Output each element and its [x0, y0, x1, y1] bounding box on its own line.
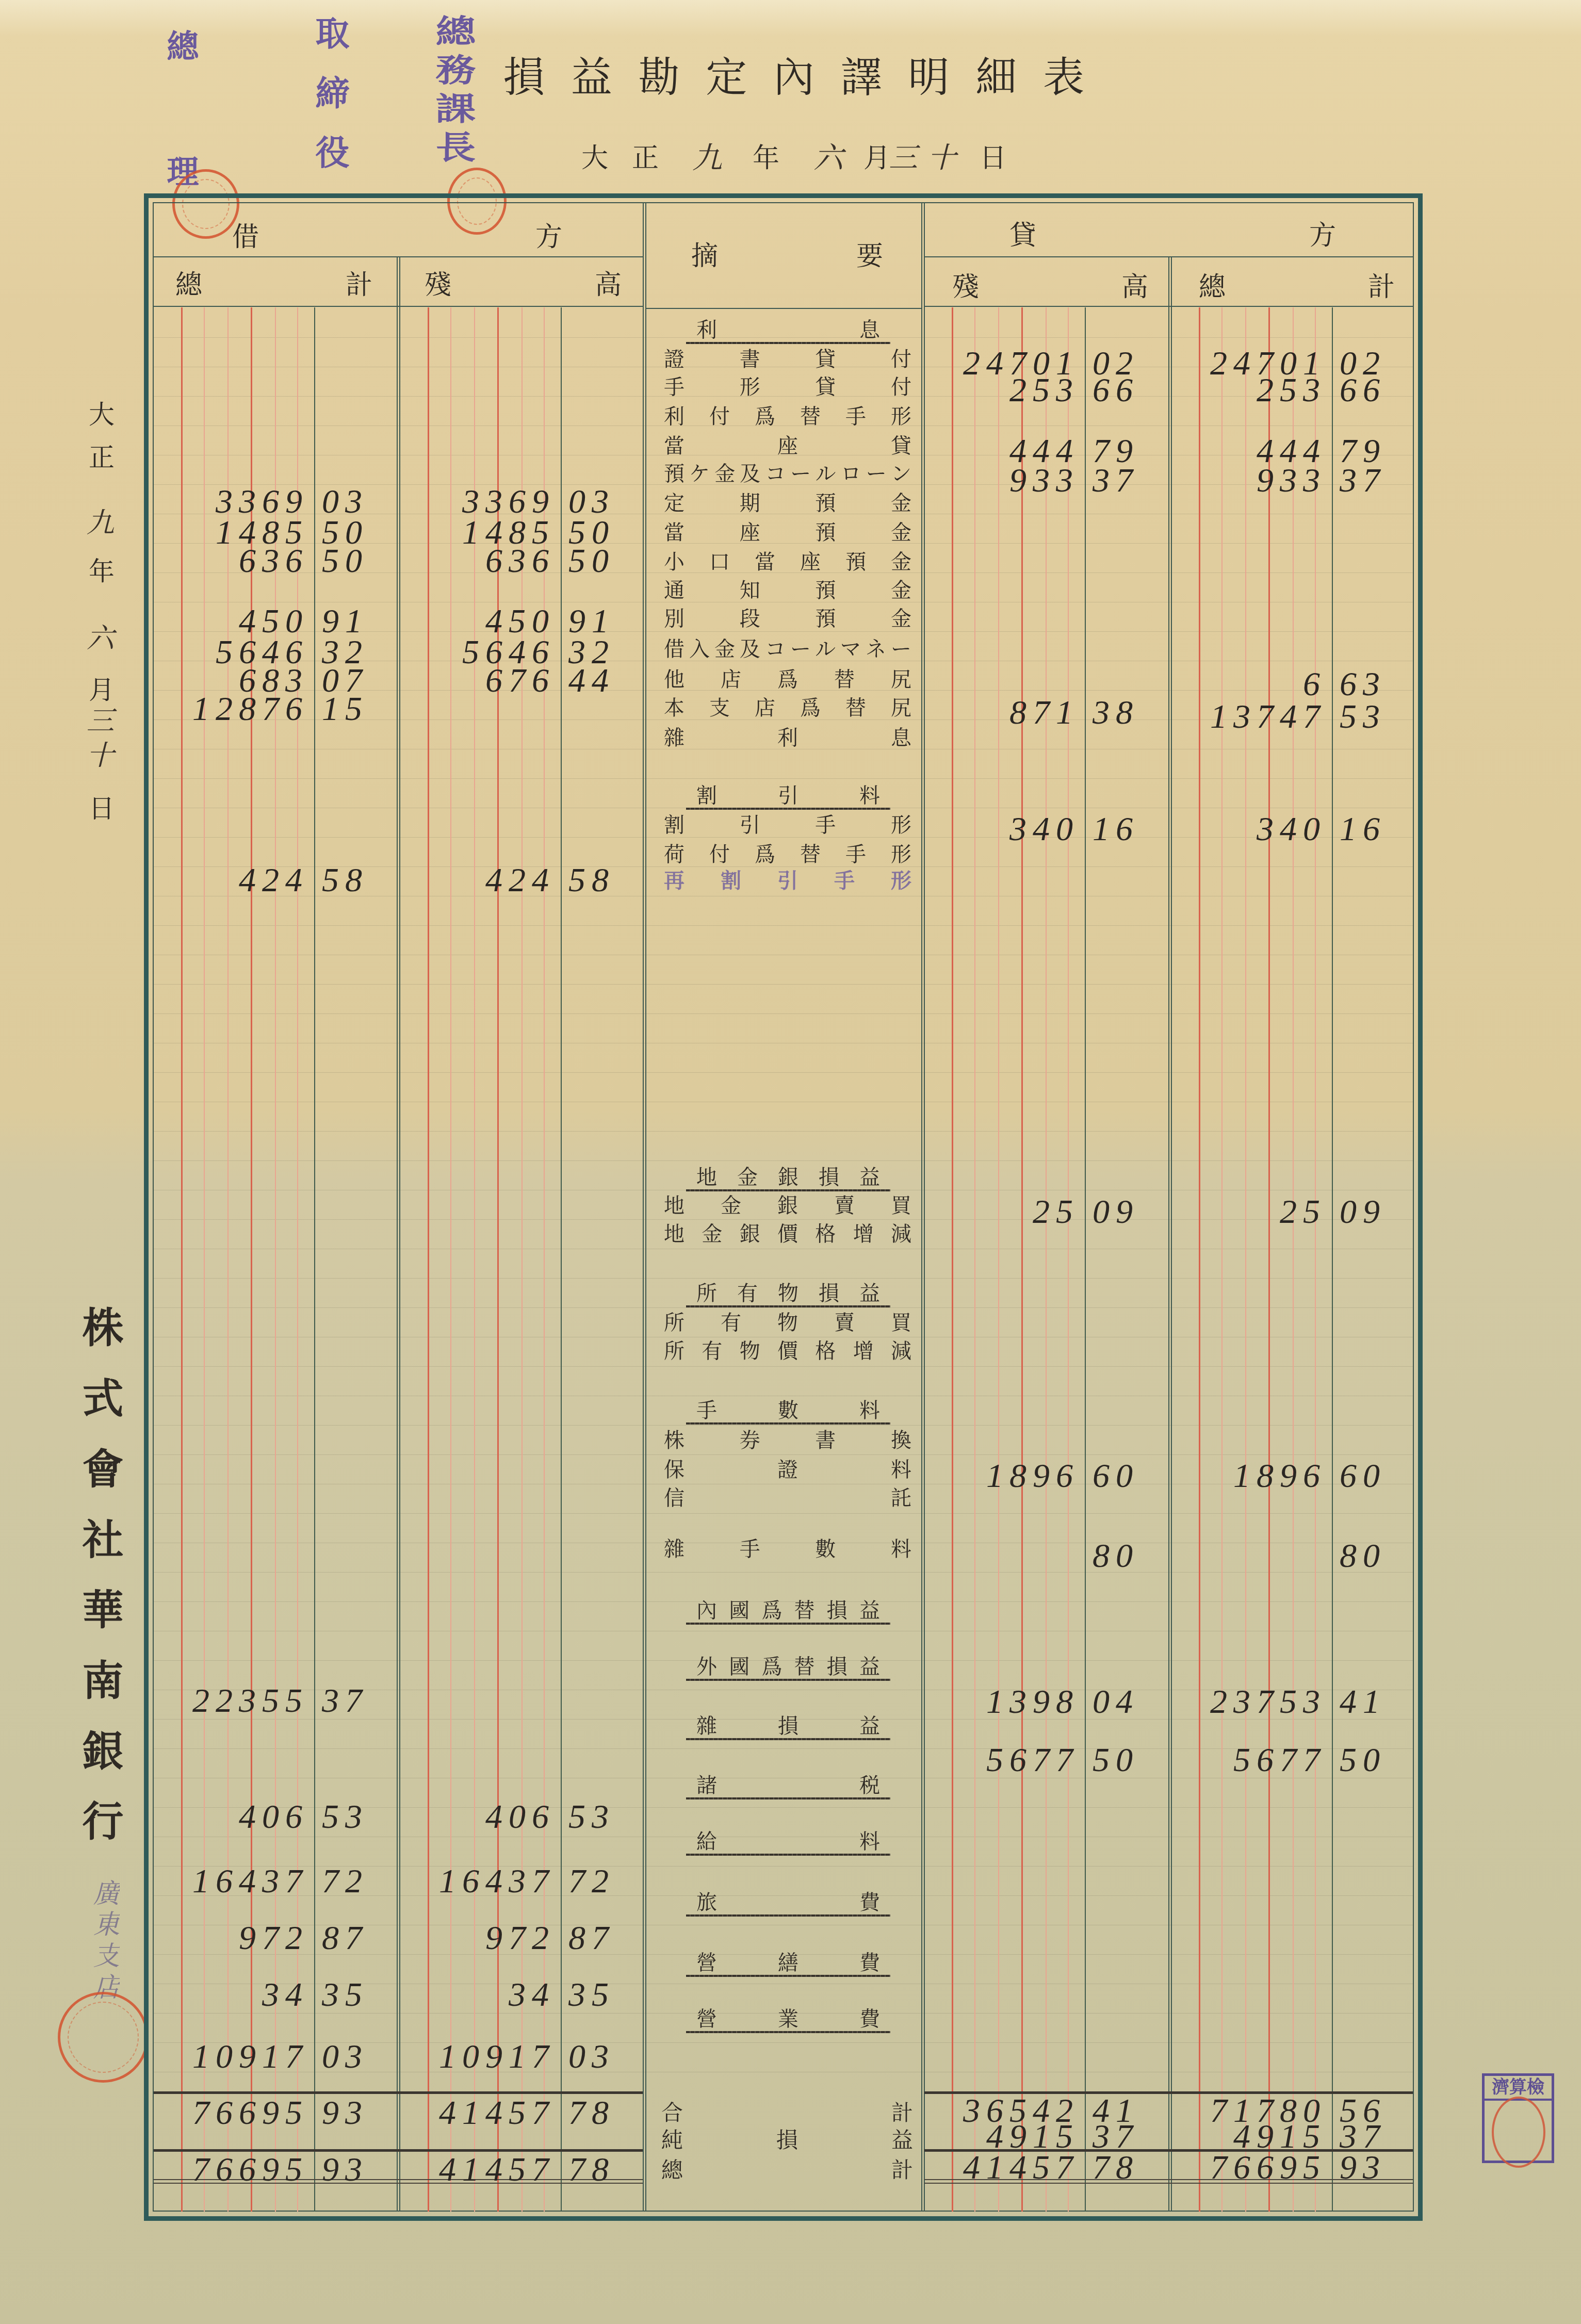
account-label: 證書貸付: [664, 347, 911, 372]
amount-sen: 35: [322, 1974, 368, 2016]
account-label: 信託: [664, 1486, 911, 1511]
account-label: 株券書換: [664, 1428, 911, 1453]
credit-balance-header: 殘高: [952, 273, 1148, 302]
amount-sen: 50: [322, 541, 368, 582]
amount-sen: 03: [568, 2036, 615, 2077]
column-divider: [643, 202, 644, 2212]
amount-sen: 37: [1340, 460, 1386, 501]
date-year-unit: 年: [753, 145, 779, 172]
column-divider: [397, 256, 398, 2212]
credit-total-amount: 80: [1171, 1535, 1414, 1577]
account-heading: 營繕費: [696, 1951, 880, 1975]
amount-yen: 16437: [400, 1861, 555, 1902]
amount-yen: 636: [400, 541, 555, 582]
debit-total-amount: 3435: [154, 1974, 396, 2016]
account-label: 荷付爲替手形: [664, 842, 911, 867]
credit-balance-amount: 80: [924, 1535, 1167, 1577]
header-divider: [154, 306, 643, 307]
amount-sen: 80: [1340, 1535, 1386, 1577]
summary-header: 摘要: [691, 242, 883, 271]
account-label: 通知預金: [664, 578, 911, 603]
debit-total-amount: 63650: [154, 541, 396, 582]
amount-sen: 60: [1093, 1455, 1139, 1497]
credit-total-amount: 1374753: [1171, 696, 1414, 738]
amount-yen: 5677: [1171, 1740, 1326, 1781]
credit-balance-amount: 34016: [924, 809, 1167, 850]
approval-director-stamp: 取締役: [320, 15, 354, 169]
side-date-era: 大正: [91, 401, 118, 469]
amount-sen: 16: [1340, 809, 1386, 850]
amount-sen: 80: [1093, 1535, 1139, 1577]
account-label: 割引手形: [664, 813, 911, 838]
credit-header: 貸方: [1009, 221, 1336, 250]
amount-yen: 34: [154, 1974, 308, 2016]
credit-total-header: 總計: [1199, 273, 1395, 302]
company-name: 株式會社華南銀行: [87, 1306, 129, 1841]
branch-seal-icon: [58, 1992, 149, 2083]
amount-sen: 37: [322, 1680, 368, 1722]
amount-yen: 933: [1171, 460, 1326, 501]
debit-total-amount: 42458: [154, 860, 396, 901]
side-date-year: 九: [91, 508, 118, 534]
account-label: 利付爲替手形: [664, 404, 911, 429]
document-title: 損益勘定內譯明細表: [503, 56, 1084, 99]
amount-yen: 871: [924, 692, 1079, 733]
approval-president-stamp: 總理: [171, 29, 203, 187]
debit-balance-amount: 42458: [400, 860, 643, 901]
net-loss-label: 純損益: [661, 2128, 913, 2153]
debit-total-amount: 1643772: [154, 1861, 396, 1902]
account-label: 地金銀賣買: [664, 1193, 911, 1218]
account-heading: 給料: [696, 1829, 880, 1854]
amount-yen: 636: [154, 541, 308, 582]
amount-yen: 676: [400, 660, 555, 701]
subtotal-debit-balance: 4145778: [400, 2092, 643, 2134]
credit-total-amount: 25366: [1171, 370, 1414, 411]
section-heading: 所有物損益: [696, 1281, 880, 1306]
amount-yen: 424: [154, 860, 308, 901]
account-heading: 雜損益: [696, 1714, 880, 1739]
debit-total-amount: 1287615: [154, 689, 396, 730]
account-label: 別段預金: [664, 607, 911, 631]
section-heading: 割引料: [696, 783, 880, 808]
amount-sen: 09: [1340, 1191, 1386, 1233]
amount-sen: 72: [568, 1861, 615, 1902]
credit-balance-amount: 87138: [924, 692, 1167, 733]
side-date-month-unit: 月: [91, 676, 118, 703]
amount-yen: 23753: [1171, 1681, 1326, 1723]
header-divider: [646, 308, 921, 309]
amount-sen: 66: [1340, 370, 1386, 411]
amount-yen: 1398: [924, 1681, 1079, 1723]
account-label: 當座貸: [664, 434, 911, 459]
credit-total-amount: 34016: [1171, 809, 1414, 850]
amount-yen: 76695: [154, 2149, 308, 2190]
amount-yen: 972: [400, 1918, 555, 1959]
header-divider: [924, 306, 1413, 307]
column-divider: [1171, 256, 1172, 2212]
amount-sen: 35: [568, 1974, 615, 2016]
credit-total-amount: 189660: [1171, 1455, 1414, 1497]
stamped-account-label: 再割引手形: [664, 869, 911, 893]
subtotal-debit-total: 7669593: [154, 2092, 396, 2134]
date-day: 三十: [889, 145, 956, 172]
section-heading: 利息: [696, 318, 880, 342]
amount-sen: 50: [1093, 1740, 1139, 1781]
credit-balance-amount: 189660: [924, 1455, 1167, 1497]
account-label: 他店爲替尻: [664, 667, 911, 692]
account-label: 所有物賣買: [664, 1311, 911, 1335]
account-label: 小口當座預金: [664, 550, 911, 575]
amount-yen: 34: [400, 1974, 555, 2016]
date-year: 九: [692, 145, 719, 172]
credit-balance-amount: 25366: [924, 370, 1167, 411]
account-label: 雜手數料: [664, 1537, 911, 1562]
side-date-month: 六: [91, 623, 118, 650]
amount-yen: 10917: [400, 2036, 555, 2077]
account-heading: 諸税: [696, 1773, 880, 1798]
side-date-day-unit: 日: [91, 795, 118, 822]
debit-balance-amount: 1091703: [400, 2036, 643, 2077]
column-divider: [921, 202, 922, 2212]
section-heading: 手數料: [696, 1398, 880, 1423]
account-label: 借入金及コールマネー: [664, 637, 911, 662]
side-date-year-unit: 年: [91, 558, 118, 584]
credit-total-digit-rulings: [1171, 307, 1414, 2212]
grand-total-label: 總計: [661, 2158, 913, 2183]
amount-sen: 09: [1093, 1191, 1139, 1233]
column-divider: [645, 202, 646, 2212]
account-label: 當座預金: [664, 520, 911, 545]
amount-yen: 972: [154, 1918, 308, 1959]
account-label: 所有物價格增減: [664, 1339, 911, 1364]
amount-sen: 60: [1340, 1455, 1386, 1497]
inspector-seal-icon: [1492, 2097, 1545, 2168]
amount-yen: 22355: [154, 1680, 308, 1722]
amount-sen: 37: [1093, 460, 1139, 501]
amount-yen: 25: [1171, 1191, 1326, 1233]
amount-yen: 12876: [154, 689, 308, 730]
amount-yen: 16437: [154, 1861, 308, 1902]
credit-balance-digit-rulings: [924, 307, 1167, 2212]
account-heading: 旅費: [696, 1890, 880, 1915]
amount-sen: 87: [568, 1918, 615, 1959]
credit-total-amount: 567750: [1171, 1740, 1414, 1781]
branch-name: 廣東支店: [95, 1879, 123, 2000]
amount-sen: 93: [322, 2149, 368, 2190]
debit-total-amount: 2235537: [154, 1680, 396, 1722]
grand-total-credit-balance: 4145778: [924, 2147, 1167, 2188]
debit-balance-amount: 3435: [400, 1974, 643, 2016]
amount-yen: 340: [1171, 809, 1326, 850]
debit-balance-amount: 67644: [400, 660, 643, 701]
amount-yen: 13747: [1171, 696, 1326, 738]
account-label: 定期預金: [664, 491, 911, 516]
credit-balance-amount: 93337: [924, 460, 1167, 501]
amount-sen: 53: [1340, 696, 1386, 738]
account-heading: 外國爲替損益: [696, 1655, 880, 1679]
header-divider: [924, 256, 1413, 257]
amount-sen: 93: [322, 2092, 368, 2134]
debit-total-amount: 97287: [154, 1918, 396, 1959]
column-divider: [1168, 256, 1169, 2212]
amount-sen: 78: [1093, 2147, 1139, 2188]
amount-sen: 78: [568, 2149, 615, 2190]
amount-yen: 76695: [1171, 2147, 1326, 2188]
amount-yen: 41457: [924, 2147, 1079, 2188]
amount-yen: 340: [924, 809, 1079, 850]
amount-yen: 41457: [400, 2092, 555, 2134]
account-label: 手形貸付: [664, 375, 911, 400]
verification-stamp: 檢算濟: [1482, 2073, 1554, 2163]
debit-balance-amount: 63650: [400, 541, 643, 582]
amount-sen: 53: [322, 1796, 368, 1838]
section-heading: 地金銀損益: [696, 1165, 880, 1190]
amount-sen: 44: [568, 660, 615, 701]
amount-sen: 04: [1093, 1681, 1139, 1723]
amount-sen: 16: [1093, 809, 1139, 850]
amount-yen: 10917: [154, 2036, 308, 2077]
debit-total-amount: 40653: [154, 1796, 396, 1838]
date-month-unit: 月: [863, 145, 890, 172]
amount-sen: 93: [1340, 2147, 1386, 2188]
amount-yen: 424: [400, 860, 555, 901]
account-label: 保證料: [664, 1458, 911, 1482]
amount-yen: 406: [154, 1796, 308, 1838]
amount-yen: 933: [924, 460, 1079, 501]
approval-general-affairs-chief-stamp: 總務課長: [441, 14, 481, 162]
credit-total-amount: 2375341: [1171, 1681, 1414, 1723]
date-day-unit: 日: [980, 145, 1006, 172]
debit-balance-amount: 40653: [400, 1796, 643, 1838]
debit-balance-amount: 97287: [400, 1918, 643, 1959]
amount-yen: 253: [924, 370, 1079, 411]
amount-yen: 41457: [400, 2149, 555, 2190]
subtotal-label: 合計: [661, 2101, 913, 2125]
credit-balance-amount: 2509: [924, 1191, 1167, 1233]
credit-balance-amount: 567750: [924, 1740, 1167, 1781]
amount-sen: 78: [568, 2092, 615, 2134]
side-date-day: 三十: [91, 706, 118, 768]
amount-sen: 50: [1340, 1740, 1386, 1781]
amount-yen: 406: [400, 1796, 555, 1838]
debit-balance-amount: 1643772: [400, 1861, 643, 1902]
grand-total-debit-total: 7669593: [154, 2149, 396, 2190]
debit-total-header: 總計: [175, 271, 372, 300]
amount-sen: 15: [322, 689, 368, 730]
amount-yen: 76695: [154, 2092, 308, 2134]
amount-sen: 87: [322, 1918, 368, 1959]
amount-sen: 50: [568, 541, 615, 582]
date-month: 六: [813, 145, 840, 172]
amount-sen: 41: [1340, 1681, 1386, 1723]
account-heading: 營業費: [696, 2007, 880, 2032]
grand-total-debit-balance: 4145778: [400, 2149, 643, 2190]
credit-total-amount: 93337: [1171, 460, 1414, 501]
account-label: 雜利息: [664, 726, 911, 750]
debit-total-amount: 1091703: [154, 2036, 396, 2077]
header-divider: [154, 256, 643, 257]
amount-yen: 1896: [924, 1455, 1079, 1497]
amount-yen: 253: [1171, 370, 1326, 411]
amount-sen: 58: [568, 860, 615, 901]
credit-balance-amount: 139804: [924, 1681, 1167, 1723]
amount-sen: 72: [322, 1861, 368, 1902]
amount-sen: 03: [322, 2036, 368, 2077]
amount-sen: 66: [1093, 370, 1139, 411]
amount-yen: 5677: [924, 1740, 1079, 1781]
amount-sen: 53: [568, 1796, 615, 1838]
debit-header: 借方: [232, 223, 562, 252]
amount-sen: 38: [1093, 692, 1139, 733]
amount-yen: 1896: [1171, 1455, 1326, 1497]
account-label: 地金銀價格增減: [664, 1222, 911, 1247]
date-era: 大正: [581, 145, 659, 172]
amount-sen: 58: [322, 860, 368, 901]
account-label: 本支店爲替尻: [664, 696, 911, 721]
amount-yen: 25: [924, 1191, 1079, 1233]
debit-balance-header: 殘高: [425, 271, 622, 300]
account-label: 預ケ金及コールローン: [664, 462, 911, 486]
account-heading: 內國爲替損益: [696, 1598, 880, 1623]
grand-total-credit-total: 7669593: [1171, 2147, 1414, 2188]
credit-total-amount: 2509: [1171, 1191, 1414, 1233]
